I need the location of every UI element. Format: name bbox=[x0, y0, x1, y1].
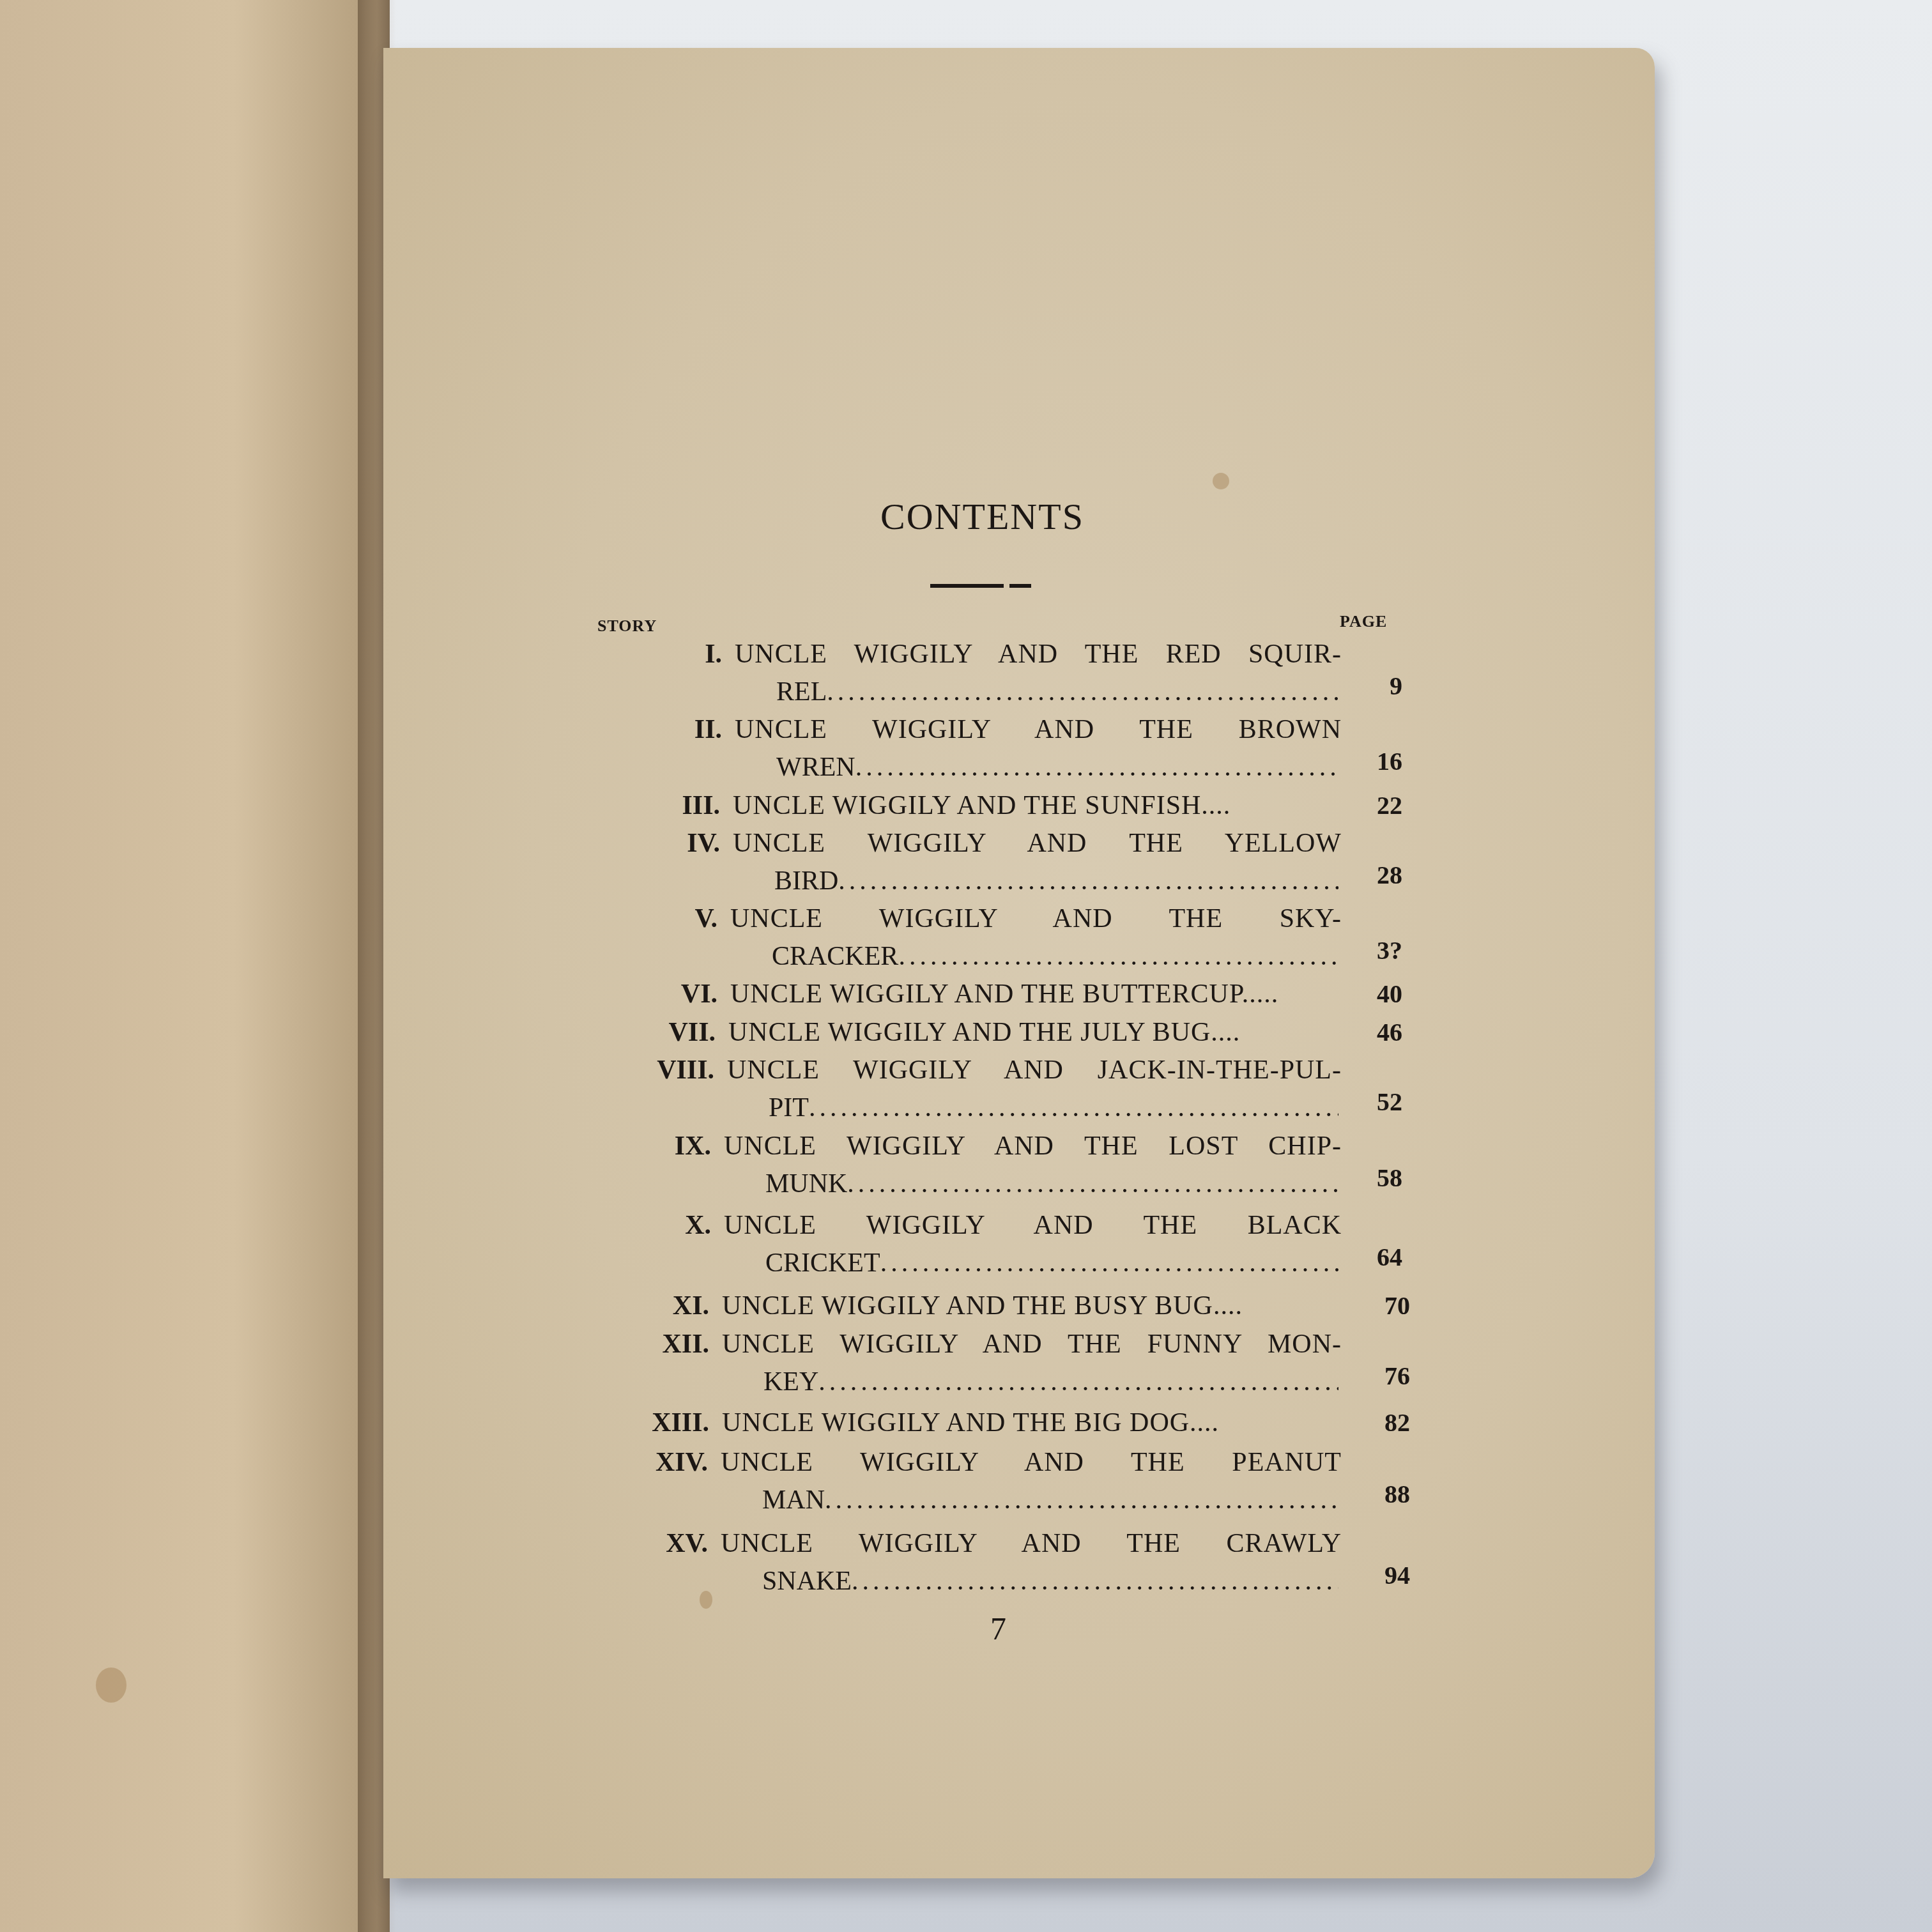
story-numeral: I. bbox=[632, 639, 722, 670]
story-numeral: IX. bbox=[622, 1131, 711, 1161]
page-ref: 70 bbox=[1359, 1291, 1410, 1321]
continuation-text: KEY bbox=[763, 1367, 818, 1397]
foxing-spot bbox=[700, 1591, 712, 1609]
continuation-text: SNAKE bbox=[762, 1567, 852, 1596]
story-title-continuation: BIRD....................................… bbox=[774, 866, 1338, 896]
story-title-line: UNCLE WIGGILY AND THE JULY BUG.... bbox=[728, 1017, 1342, 1048]
story-numeral: XII. bbox=[620, 1329, 709, 1360]
foxing-spot bbox=[96, 1667, 126, 1703]
left-page bbox=[0, 0, 390, 1932]
story-numeral: VII. bbox=[626, 1017, 716, 1048]
heading-rule-tail bbox=[1009, 584, 1031, 588]
story-numeral: IV. bbox=[631, 828, 720, 859]
dot-leader: ........................................… bbox=[825, 1485, 1338, 1515]
story-title-line: UNCLE WIGGILY AND THE BUTTERCUP..... bbox=[730, 979, 1342, 1009]
story-title-continuation: MAN.....................................… bbox=[762, 1485, 1338, 1515]
story-title-line: UNCLE WIGGILY AND THE BROWN bbox=[735, 714, 1342, 745]
story-title-continuation: CRACKER.................................… bbox=[772, 941, 1338, 972]
story-numeral: XV. bbox=[618, 1528, 708, 1559]
story-title-line: UNCLE WIGGILY AND THE RED SQUIR- bbox=[735, 639, 1342, 670]
story-title-continuation: MUNK....................................… bbox=[765, 1169, 1338, 1199]
dot-leader: ........................................… bbox=[847, 1169, 1338, 1199]
continuation-text: MAN bbox=[762, 1485, 825, 1515]
story-title-line: UNCLE WIGGILY AND JACK-IN-THE-PUL- bbox=[727, 1055, 1342, 1085]
story-numeral: II. bbox=[632, 714, 722, 745]
story-numeral: XIV. bbox=[618, 1447, 708, 1478]
story-title-line: UNCLE WIGGILY AND THE BIG DOG.... bbox=[722, 1407, 1342, 1438]
continuation-text: BIRD bbox=[774, 866, 838, 896]
story-numeral: X. bbox=[622, 1210, 711, 1241]
story-title-line: UNCLE WIGGILY AND THE SKY- bbox=[730, 903, 1342, 934]
page-ref: 64 bbox=[1351, 1242, 1402, 1272]
story-title-continuation: PIT.....................................… bbox=[769, 1092, 1338, 1123]
continuation-text: REL bbox=[776, 677, 827, 707]
story-title-line: UNCLE WIGGILY AND THE YELLOW bbox=[733, 828, 1342, 859]
page-ref: 82 bbox=[1359, 1407, 1410, 1437]
continuation-text: CRICKET bbox=[765, 1248, 880, 1278]
dot-leader: ........................................… bbox=[827, 677, 1338, 707]
continuation-text: MUNK bbox=[765, 1169, 847, 1199]
continuation-text: CRACKER bbox=[772, 942, 898, 971]
dot-leader: ........................................… bbox=[880, 1248, 1338, 1278]
story-title-line: UNCLE WIGGILY AND THE CRAWLY bbox=[721, 1528, 1342, 1559]
heading-text: CONTENTS bbox=[880, 495, 1084, 538]
page-ref: 46 bbox=[1351, 1017, 1402, 1047]
story-title-line: UNCLE WIGGILY AND THE FUNNY MON- bbox=[722, 1329, 1342, 1360]
page-number: 7 bbox=[990, 1610, 1006, 1647]
dot-leader: ........................................… bbox=[809, 1092, 1338, 1123]
story-title-continuation: WREN....................................… bbox=[776, 752, 1338, 783]
story-title-continuation: CRICKET.................................… bbox=[765, 1248, 1338, 1278]
story-title-line: UNCLE WIGGILY AND THE BUSY BUG.... bbox=[722, 1291, 1342, 1321]
story-title-continuation: REL.....................................… bbox=[776, 677, 1338, 707]
dot-leader: ........................................… bbox=[855, 752, 1338, 783]
page-ref: 76 bbox=[1359, 1361, 1410, 1391]
story-title-line: UNCLE WIGGILY AND THE BLACK bbox=[724, 1210, 1342, 1241]
story-title-continuation: KEY.....................................… bbox=[763, 1367, 1338, 1397]
dot-leader: ........................................… bbox=[838, 866, 1338, 896]
continuation-text: PIT bbox=[769, 1093, 809, 1123]
foxing-spot bbox=[1213, 473, 1229, 489]
column-header-story: STORY bbox=[597, 617, 657, 636]
page-ref: 52 bbox=[1351, 1087, 1402, 1117]
dot-leader: ........................................… bbox=[818, 1367, 1338, 1397]
page-ref: 40 bbox=[1351, 979, 1402, 1009]
story-title-line: UNCLE WIGGILY AND THE LOST CHIP- bbox=[724, 1131, 1342, 1161]
page-ref: 28 bbox=[1351, 860, 1402, 890]
page-ref: 94 bbox=[1359, 1560, 1410, 1590]
story-title-line: UNCLE WIGGILY AND THE PEANUT bbox=[721, 1447, 1342, 1478]
page-ref: 58 bbox=[1351, 1163, 1402, 1193]
continuation-text: WREN bbox=[776, 753, 855, 782]
column-header-page: PAGE bbox=[1340, 612, 1387, 631]
story-numeral: VIII. bbox=[625, 1055, 714, 1085]
story-numeral: XI. bbox=[620, 1291, 709, 1321]
page-ref: 22 bbox=[1351, 790, 1402, 820]
story-numeral: III. bbox=[631, 790, 720, 821]
story-numeral: VI. bbox=[628, 979, 717, 1009]
heading-rule bbox=[930, 584, 1004, 588]
page-ref: 3? bbox=[1351, 935, 1402, 965]
story-numeral: XIII. bbox=[620, 1407, 709, 1438]
story-title-continuation: SNAKE...................................… bbox=[762, 1566, 1338, 1597]
dot-leader: ........................................… bbox=[852, 1566, 1338, 1597]
page-ref: 16 bbox=[1351, 746, 1402, 776]
story-title-line: UNCLE WIGGILY AND THE SUNFISH.... bbox=[733, 790, 1342, 821]
dot-leader: ........................................… bbox=[898, 941, 1338, 972]
page-ref: 9 bbox=[1351, 671, 1402, 701]
story-numeral: V. bbox=[628, 903, 717, 934]
page-ref: 88 bbox=[1359, 1479, 1410, 1509]
